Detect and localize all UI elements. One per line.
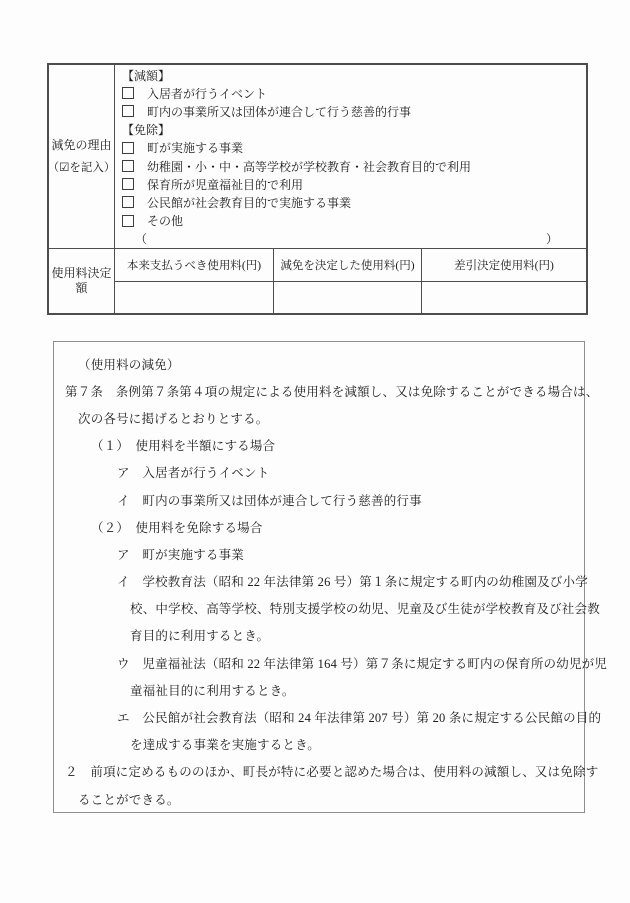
- fee-value-cell-net[interactable]: [422, 282, 586, 313]
- fee-column-header-reduced: 減免を決定した使用料(円): [274, 249, 422, 282]
- checkbox-item-label: 幼稚園・小・中・高等学校が学校教育・社会教育目的で利用: [147, 158, 471, 175]
- fee-column-header-original: 本来支払うべき使用料(円): [115, 249, 274, 282]
- fee-value-cell-reduced[interactable]: [274, 282, 422, 313]
- fee-decision-label-line1: 使用料決定: [51, 266, 111, 281]
- regulation-line: ア 入居者が行うイベント: [54, 459, 584, 486]
- checkbox[interactable]: [122, 105, 134, 117]
- checkbox-item-label: その他: [147, 212, 183, 229]
- checkbox[interactable]: [122, 196, 134, 208]
- section-header-menjo: 【免除】: [122, 121, 586, 139]
- checkbox-item-label: 入居者が行うイベント: [147, 85, 267, 102]
- paren-close: ）: [546, 230, 558, 247]
- checkbox-item: 公民館が社会教育目的で実施する事業: [122, 193, 586, 211]
- regulation-line: 育目的に利用するとき。: [54, 622, 584, 649]
- regulation-line: （１） 使用料を半額にする場合: [54, 432, 584, 459]
- fee-decision-label-line2: 額: [75, 281, 87, 296]
- checkbox-item: 入居者が行うイベント: [122, 84, 586, 102]
- regulation-line: エ 公民館が社会教育法（昭和 24 年法律第 207 号）第 20 条に規定する…: [54, 703, 584, 730]
- checkbox[interactable]: [122, 215, 134, 227]
- regulation-line: イ 学校教育法（昭和 22 年法律第 26 号）第１条に規定する町内の幼稚園及び…: [54, 568, 584, 595]
- fee-grid: 本来支払うべき使用料(円) 減免を決定した使用料(円) 差引決定使用料(円): [115, 249, 586, 313]
- checkbox-item: 保育所が児童福祉目的で利用: [122, 175, 586, 193]
- regulation-line: ア 町が実施する事業: [54, 540, 584, 567]
- paren-open: （: [135, 230, 147, 247]
- checkbox[interactable]: [122, 178, 134, 190]
- regulation-line: ２ 前項に定めるもののほか、町長が特に必要と認めた場合は、使用料の減額し、又は免…: [54, 758, 584, 785]
- reduction-reason-label: 減免の理由 （☑を記入）: [49, 65, 115, 248]
- section-header-gengaku: 【減額】: [122, 66, 586, 84]
- regulation-line: 童福祉目的に利用するとき。: [54, 676, 584, 703]
- checkbox-item-label: 公民館が社会教育目的で実施する事業: [147, 194, 351, 211]
- fee-decision-label: 使用料決定 額: [49, 249, 115, 313]
- checkbox-item-label: 町内の事業所又は団体が連合して行う慈善的行事: [147, 103, 411, 120]
- regulation-line: を達成する事業を実施するとき。: [54, 731, 584, 758]
- other-reason-input-area[interactable]: [147, 232, 546, 246]
- checkbox[interactable]: [122, 87, 134, 99]
- regulation-line: 校、中学校、高等学校、特別支援学校の幼児、児童及び生徒が学校教育及び社会教: [54, 595, 584, 622]
- fee-column-header-net: 差引決定使用料(円): [422, 249, 586, 282]
- reduction-reason-label-line2: （☑を記入）: [48, 161, 116, 175]
- regulation-line: イ 町内の事業所又は団体が連合して行う慈善的行事: [54, 486, 584, 513]
- regulation-line: ウ 児童福祉法（昭和 22 年法律第 164 号）第７条に規定する町内の保育所の…: [54, 649, 584, 676]
- checkbox-item-label: 町が実施する事業: [147, 139, 243, 156]
- regulation-line: ることができる。: [54, 785, 584, 812]
- regulation-line: （使用料の減免）: [54, 350, 584, 377]
- checkbox-item: その他: [122, 212, 586, 230]
- regulation-line: 次の各号に掲げるとおりとする。: [54, 404, 584, 431]
- regulation-box: （使用料の減免） 第７条 条例第７条第４項の規定による使用料を減額し、又は免除す…: [53, 341, 585, 813]
- checkbox[interactable]: [122, 142, 134, 154]
- checkbox-item-label: 保育所が児童福祉目的で利用: [147, 176, 303, 193]
- checkbox-item: 町内の事業所又は団体が連合して行う慈善的行事: [122, 102, 586, 120]
- fee-value-cell-original[interactable]: [115, 282, 274, 313]
- regulation-line: （２） 使用料を免除する場合: [54, 513, 584, 540]
- fee-decision-row: 使用料決定 額 本来支払うべき使用料(円) 減免を決定した使用料(円) 差引決定…: [49, 249, 586, 313]
- reduction-reason-label-line1: 減免の理由: [51, 138, 111, 152]
- reduction-checklist: 【減額】 入居者が行うイベント 町内の事業所又は団体が連合して行う慈善的行事 【…: [115, 65, 586, 248]
- reduction-reason-row: 減免の理由 （☑を記入） 【減額】 入居者が行うイベント 町内の事業所又は団体が…: [49, 65, 586, 249]
- other-reason-blank-row: （ ）: [122, 230, 586, 248]
- checkbox-item: 町が実施する事業: [122, 139, 586, 157]
- reduction-fee-table: 減免の理由 （☑を記入） 【減額】 入居者が行うイベント 町内の事業所又は団体が…: [47, 63, 588, 315]
- regulation-line: 第７条 条例第７条第４項の規定による使用料を減額し、又は免除することができる場合…: [54, 377, 584, 404]
- checkbox[interactable]: [122, 160, 134, 172]
- checkbox-item: 幼稚園・小・中・高等学校が学校教育・社会教育目的で利用: [122, 157, 586, 175]
